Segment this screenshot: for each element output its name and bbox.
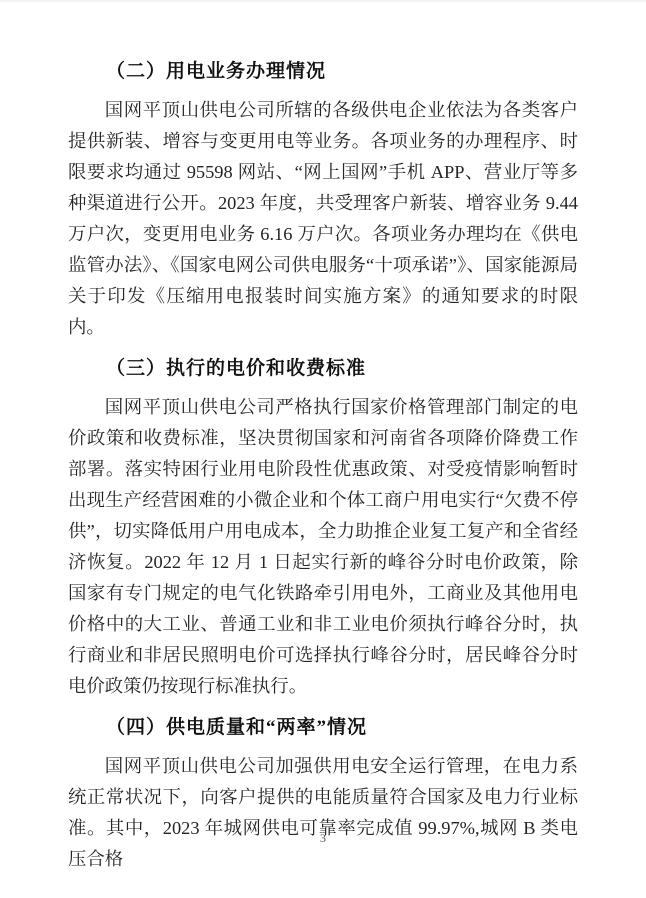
page-number: 3 xyxy=(0,831,646,846)
document-content: （二）用电业务办理情况 国网平顶山供电公司所辖的各级供电企业依法为各类客户提供新… xyxy=(68,56,578,875)
section-3-paragraph: 国网平顶山供电公司严格执行国家价格管理部门制定的电价政策和收费标准，坚决贯彻国家… xyxy=(68,392,578,702)
section-heading-3: （三）执行的电价和收费标准 xyxy=(68,353,578,384)
page-top-edge xyxy=(0,0,646,3)
section-heading-2: （二）用电业务办理情况 xyxy=(68,56,578,87)
section-4-paragraph: 国网平顶山供电公司加强供用电安全运行管理，在电力系统正常状况下，向客户提供的电能… xyxy=(68,751,578,875)
document-page: （二）用电业务办理情况 国网平顶山供电公司所辖的各级供电企业依法为各类客户提供新… xyxy=(0,0,646,898)
section-heading-4: （四）供电质量和“两率”情况 xyxy=(68,712,578,743)
section-2-paragraph: 国网平顶山供电公司所辖的各级供电企业依法为各类客户提供新装、增容与变更用电等业务… xyxy=(68,95,578,343)
